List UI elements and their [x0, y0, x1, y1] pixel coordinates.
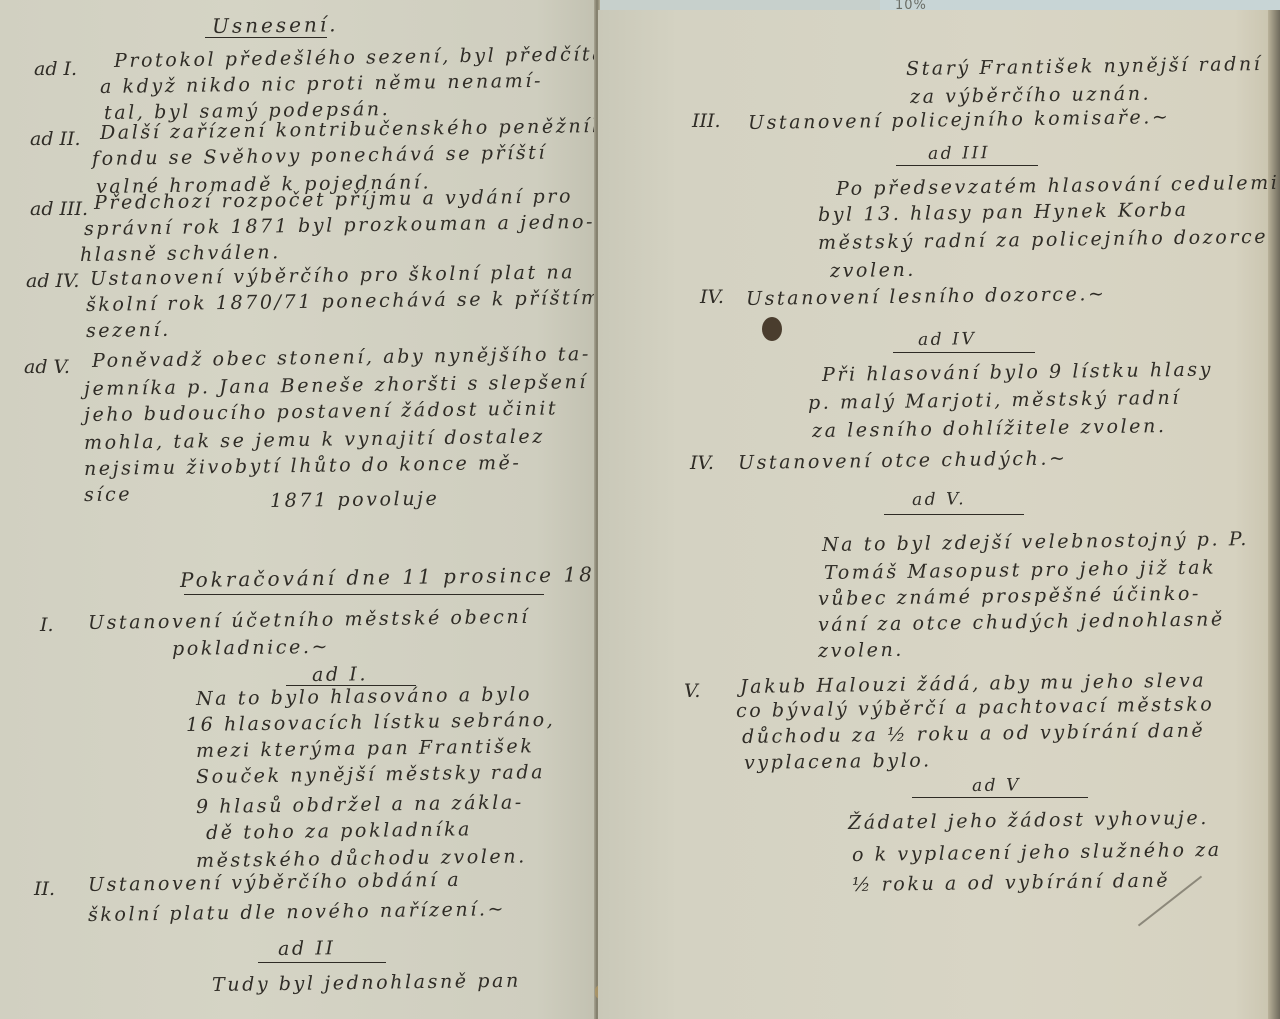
- text-line: pokladnice.~: [172, 636, 330, 660]
- ink-blot: [762, 317, 782, 341]
- sub-heading: ad I.: [312, 663, 368, 686]
- section-underline: [184, 594, 544, 595]
- sub-heading: ad II: [278, 937, 336, 960]
- item-marker: ad III.: [30, 198, 88, 220]
- item-marker: III.: [692, 110, 721, 132]
- sub-heading-underline: [893, 352, 1035, 353]
- item-marker: I.: [40, 614, 54, 636]
- text-line: dě toho za pokladníka: [206, 818, 472, 844]
- left-page-heading: Usnesení.: [212, 12, 339, 38]
- text-line: za výběrčího uznán.: [910, 83, 1152, 108]
- sub-heading: ad III: [928, 143, 990, 164]
- sub-heading: ad V: [972, 775, 1021, 796]
- item-marker: ad V.: [24, 356, 70, 378]
- text-line: síce: [84, 483, 132, 506]
- text-line: 9 hlasů obdržel a na zákla-: [196, 791, 524, 818]
- text-line: ½ roku a od vybírání daně: [852, 870, 1170, 896]
- text-line: sezení.: [86, 319, 171, 342]
- text-line: 1871 povoluje: [270, 488, 440, 512]
- sub-heading-underline: [258, 962, 386, 963]
- text-line: vyplacena bylo.: [744, 749, 932, 774]
- page-edge: [1268, 10, 1280, 1019]
- heading-underline: [205, 37, 327, 38]
- text-line: městského důchodu zvolen.: [196, 845, 527, 872]
- sub-heading-underline: [912, 797, 1088, 798]
- item-marker: ad IV.: [26, 270, 79, 292]
- item-marker: IV.: [690, 452, 714, 474]
- item-marker: ad II.: [30, 128, 81, 150]
- text-line: Na to bylo hlasováno a bylo: [196, 683, 532, 710]
- text-line: Tudy byl jednohlasně pan: [212, 970, 521, 996]
- text-line: hlasně schválen.: [80, 241, 281, 266]
- item-marker: II.: [34, 878, 55, 900]
- sub-heading-underline: [896, 165, 1038, 166]
- item-marker: ad I.: [34, 58, 77, 80]
- item-marker: IV.: [700, 286, 724, 308]
- text-line: zvolen.: [830, 259, 916, 282]
- text-line: zvolen.: [818, 639, 904, 662]
- text-line: Ustanovení otce chudých.~: [738, 447, 1068, 474]
- sub-heading: ad IV: [918, 329, 977, 350]
- sub-heading-underline: [884, 514, 1024, 515]
- sub-heading: ad V.: [912, 489, 966, 510]
- item-marker: V.: [684, 680, 700, 702]
